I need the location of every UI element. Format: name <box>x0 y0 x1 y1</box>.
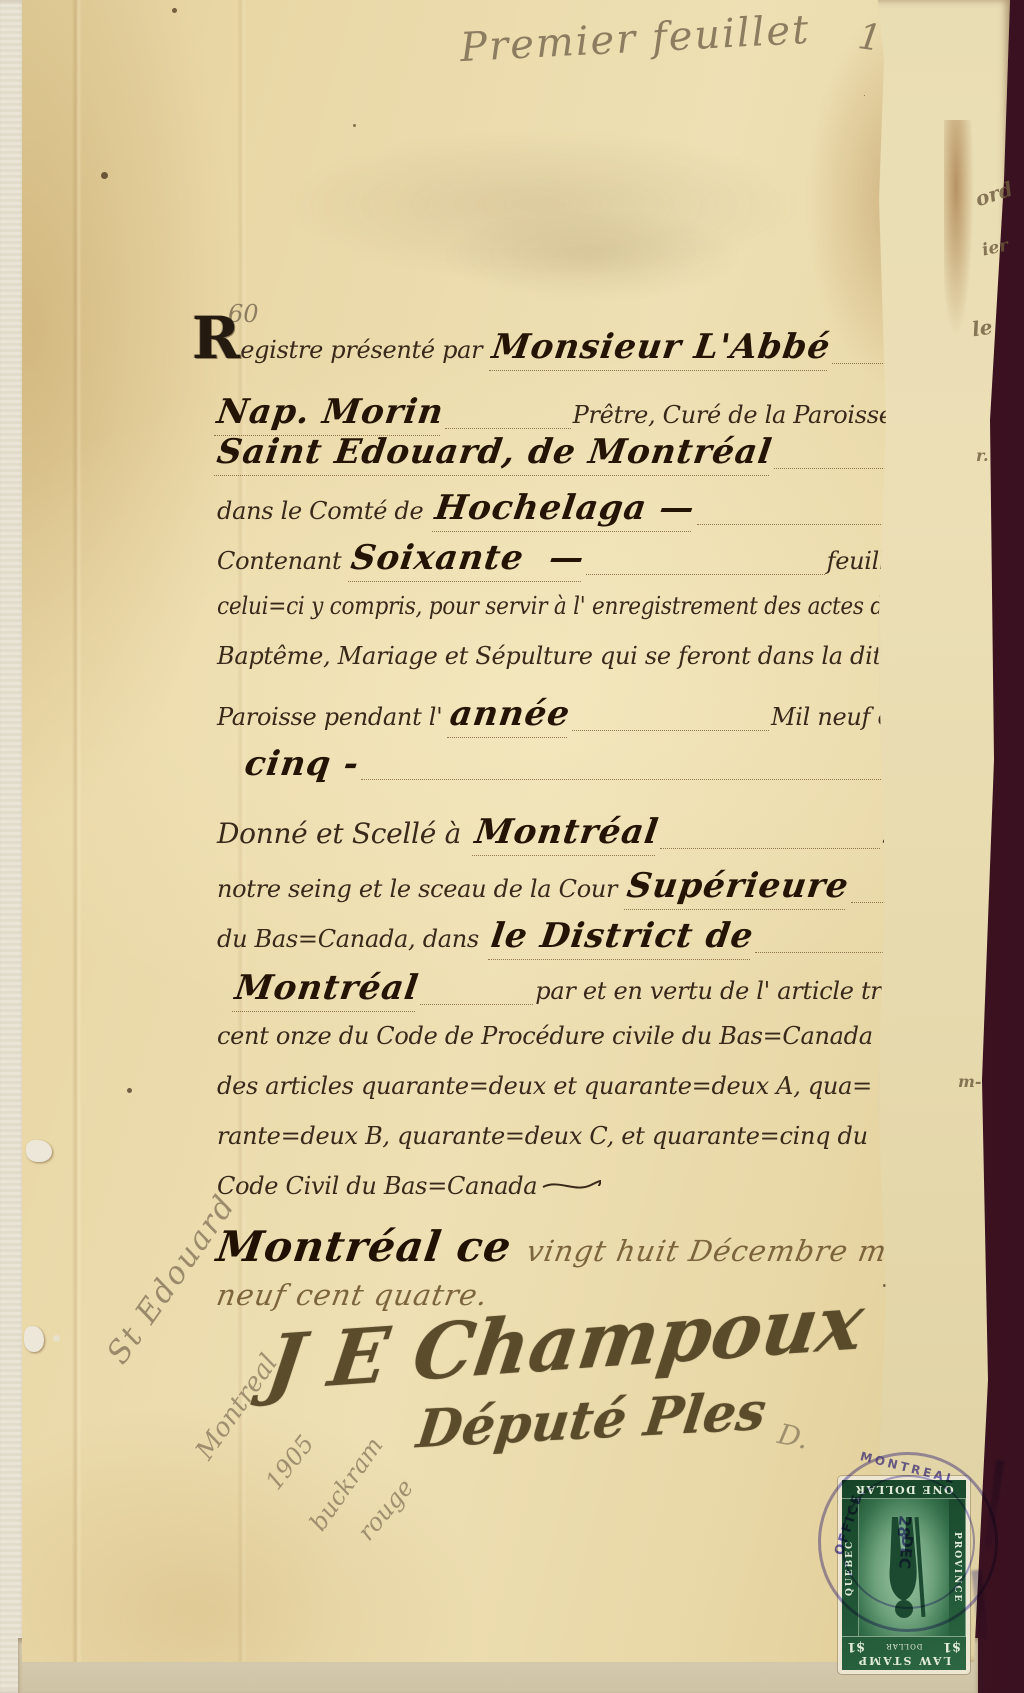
handwritten-entry: Saint Edouard, de Montréal <box>214 432 775 476</box>
handwritten-entry: Soixante — <box>348 538 587 582</box>
stamp-value-row: $1 DOLLAR $1 <box>842 1636 966 1654</box>
paper-specks <box>172 8 177 13</box>
register-page: Premier feuillet 12 60 Registre présenté… <box>22 0 910 1662</box>
stamp-top-label: LAW STAMP <box>842 1654 966 1670</box>
handwritten-entry: Montréal <box>472 812 661 856</box>
form-rule <box>660 848 880 849</box>
pencil-mark-d: D. <box>775 1417 812 1456</box>
stamp-value-right: $1 <box>847 1639 865 1654</box>
form-rule <box>572 730 769 731</box>
cancellation-stamp: OFFICE MONTREAL 28 DEC <box>818 1452 998 1632</box>
pencil-note-year: 1905 <box>260 1430 320 1495</box>
printed-text: Paroisse pendant l' <box>217 703 442 731</box>
handwritten-entry: cinq - <box>242 744 362 784</box>
printed-text: par et en vertu de l' article treize <box>535 977 929 1005</box>
form-rule <box>361 779 927 780</box>
edge-fragment: r. <box>976 446 989 465</box>
printed-text: du Bas=Canada, dans <box>217 925 479 953</box>
printed-text: Donné et Scellé à <box>217 817 461 850</box>
handwritten-entry: Supérieure <box>624 866 852 910</box>
scorch-stain <box>944 120 974 340</box>
printed-text: dans le Comté de <box>217 497 423 525</box>
printed-text: Code Civil du Bas=Canada <box>217 1172 537 1200</box>
handwritten-entry: Nap. Morin <box>214 392 447 436</box>
cancellation-date-month: DEC <box>895 1534 916 1569</box>
printed-text: celui=ci y compris, pour servir à l' enr… <box>217 592 896 620</box>
printed-text: notre seing et le sceau de la Cour <box>217 875 617 903</box>
handwritten-date: vingt huit Décembre mil <box>524 1234 910 1268</box>
form-rule <box>420 1004 533 1005</box>
ornate-initial: R <box>192 318 240 358</box>
page-crease <box>72 0 82 1662</box>
handwritten-place: Montréal ce <box>214 1222 515 1271</box>
book-scan: ord ier le r. m- Premier feuillet 12 60 … <box>0 0 1024 1693</box>
handwritten-entry: Monsieur L'Abbé <box>489 327 833 371</box>
form-rule <box>586 574 824 575</box>
edge-fragment: le <box>970 315 993 342</box>
handwritten-entry: Hochelaga — <box>432 488 698 532</box>
bleedthrough-smudge <box>442 210 742 300</box>
form-rule <box>445 428 570 429</box>
torn-paper-chip <box>26 1140 52 1162</box>
stamp-value-left: $1 <box>943 1639 961 1654</box>
printed-text: des articles quarante=deux et quarante=d… <box>217 1072 872 1100</box>
stamp-value-word: DOLLAR <box>886 1643 923 1651</box>
printed-text: Baptême, Mariage et Sépulture qui se fer… <box>217 642 896 670</box>
handwritten-entry: le District de <box>488 916 756 960</box>
printed-text: egistre présenté par <box>240 336 482 364</box>
printed-text: Contenant <box>217 547 341 575</box>
torn-paper-chip <box>24 1326 44 1352</box>
edge-fragment: ier <box>980 235 1010 260</box>
printed-text: rante=deux B, quarante=deux C, et quaran… <box>217 1122 868 1150</box>
printed-text: Prêtre, Curé de la Paroisse de <box>573 401 929 429</box>
handwritten-entry: année <box>447 694 573 738</box>
pencil-top-annotation: Premier feuillet <box>459 7 811 71</box>
edge-fragment: m- <box>958 1072 982 1091</box>
handwritten-entry: Montréal <box>232 968 421 1012</box>
printed-text: cent onze du Code de Procédure civile du… <box>217 1022 903 1050</box>
flourish-swash <box>541 1177 601 1195</box>
